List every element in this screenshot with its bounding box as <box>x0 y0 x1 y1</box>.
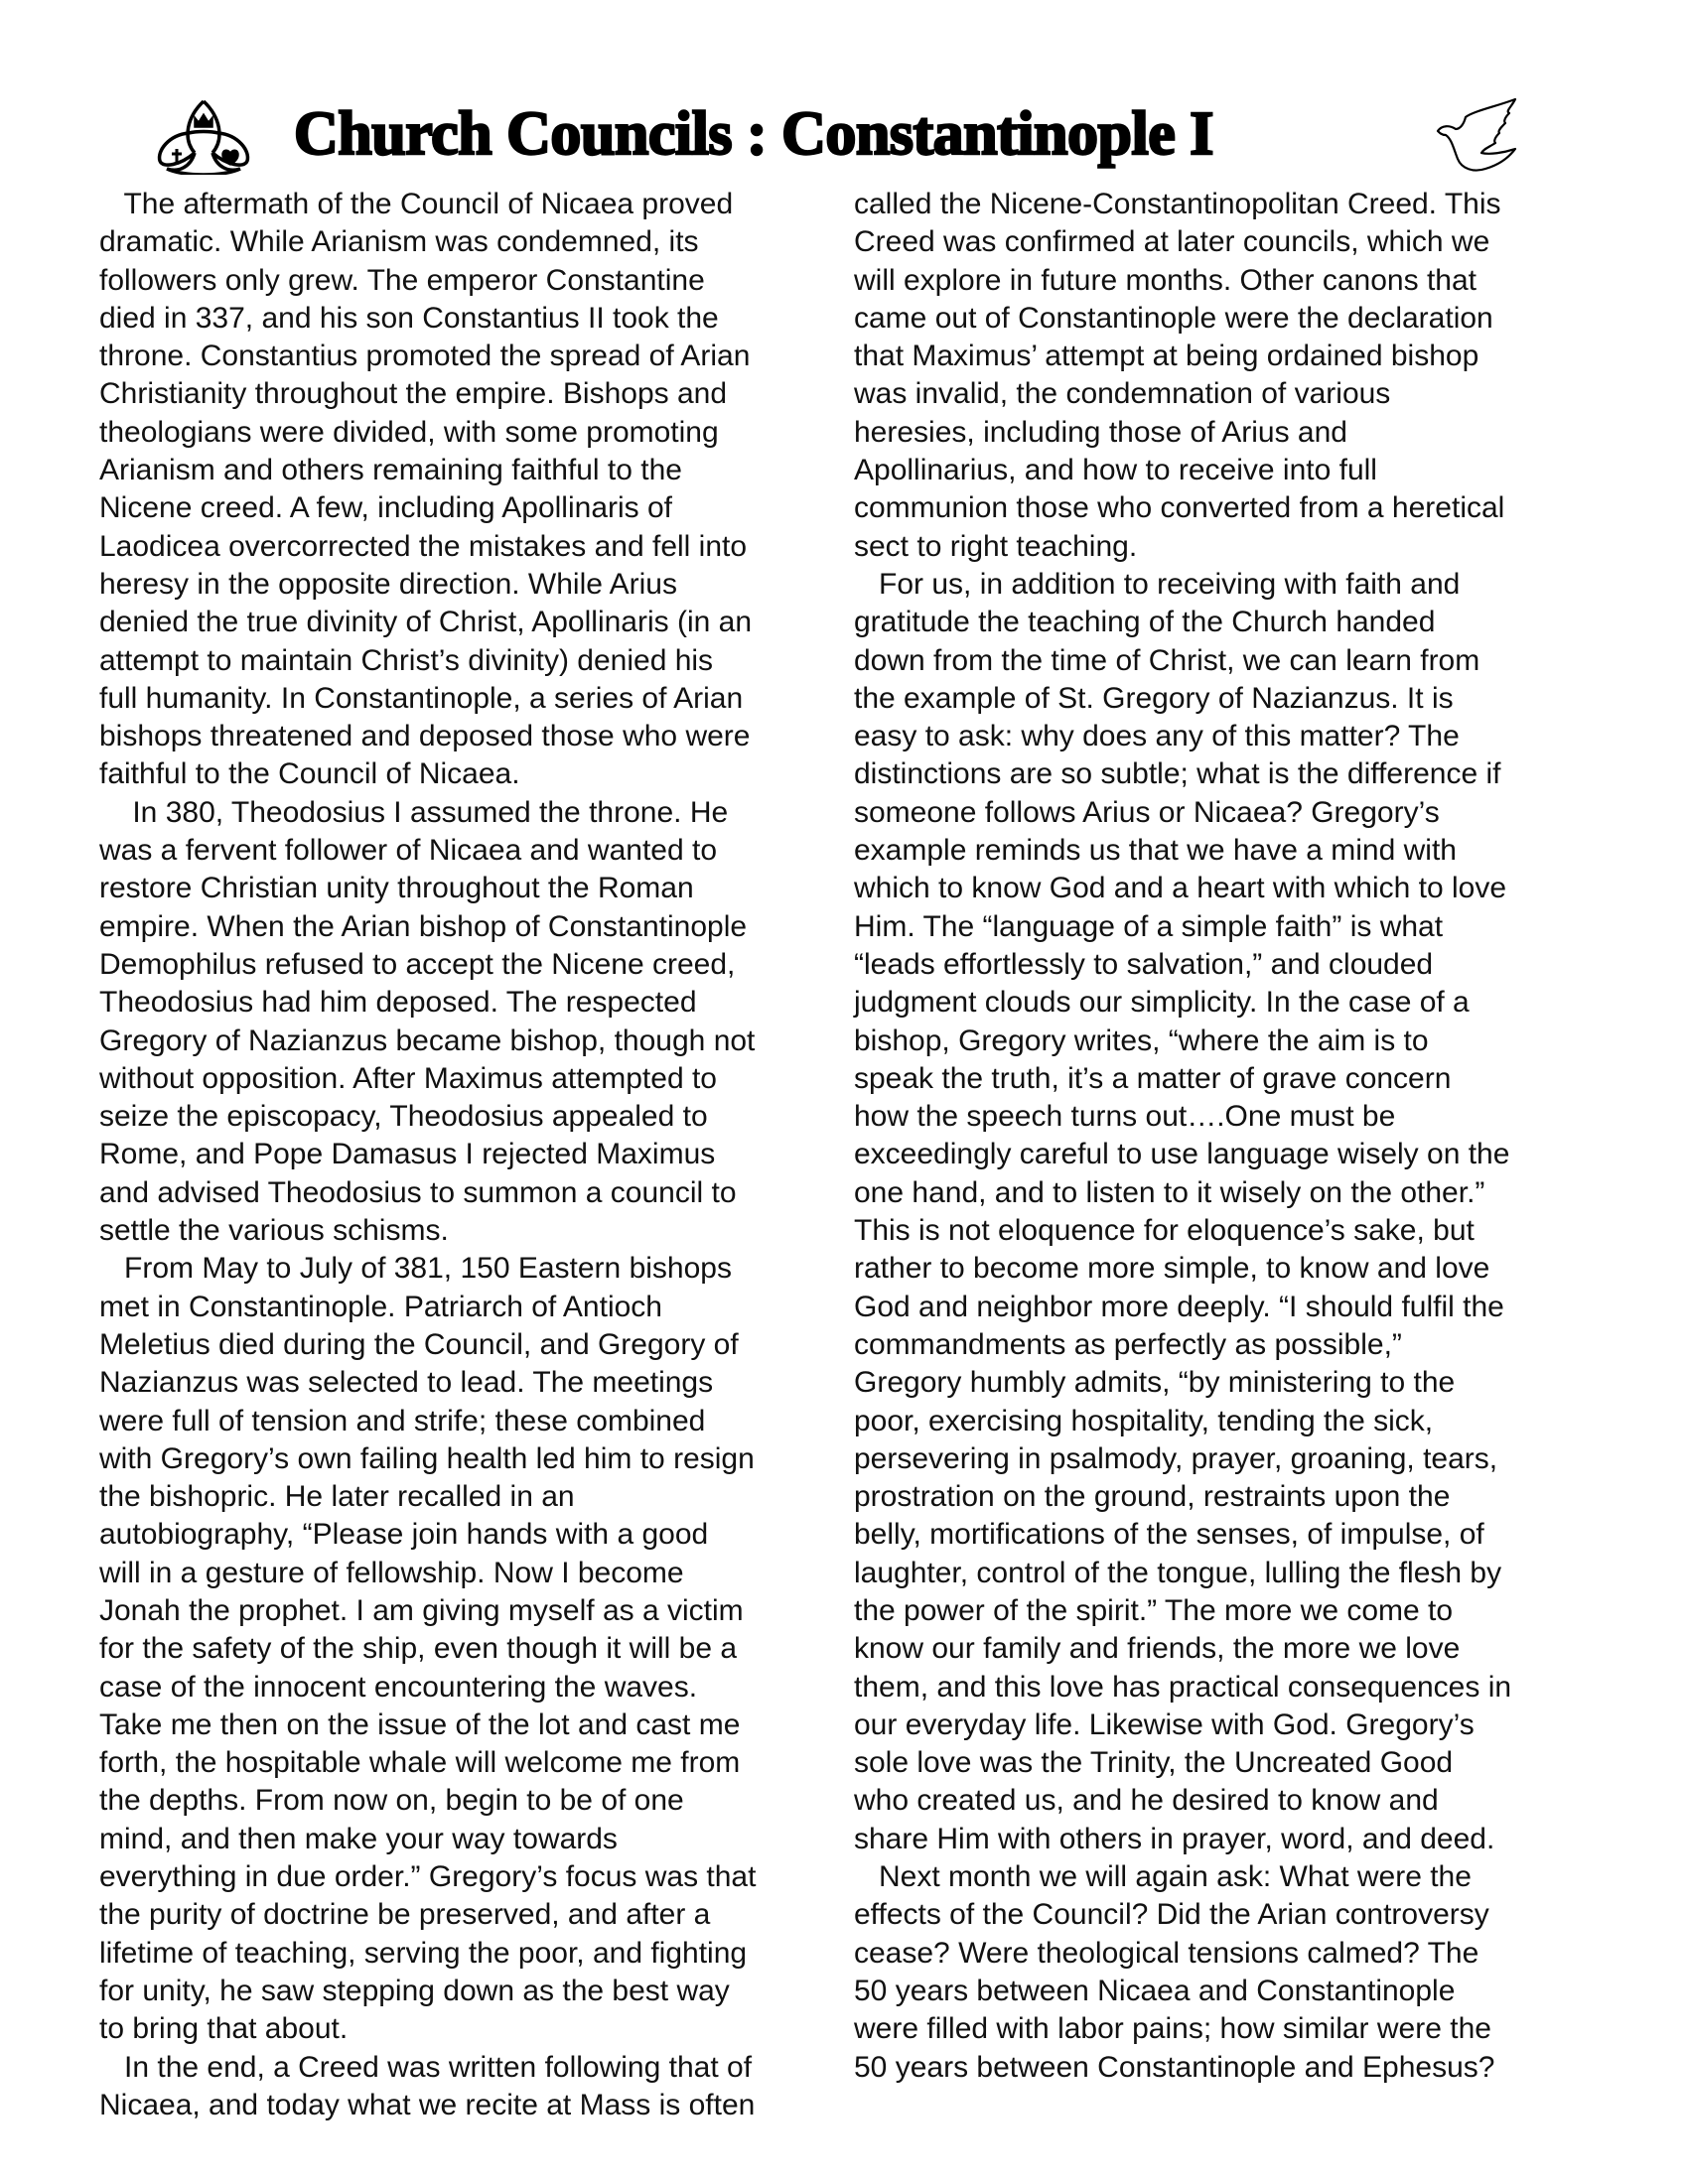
text-line: Take me then on the issue of the lot and… <box>99 1706 834 1744</box>
text-line: settle the various schisms. <box>99 1212 834 1250</box>
text-line: “leads effortlessly to salvation,” and c… <box>854 946 1589 984</box>
text-line: will explore in future months. Other can… <box>854 262 1589 300</box>
text-line: that Maximus’ attempt at being ordained … <box>854 338 1589 375</box>
text-line: for the safety of the ship, even though … <box>99 1630 834 1668</box>
text-line: know our family and friends, the more we… <box>854 1630 1589 1668</box>
text-line: sole love was the Trinity, the Uncreated… <box>854 1744 1589 1782</box>
text-line: full humanity. In Constantinople, a seri… <box>99 680 834 718</box>
text-line: everything in due order.” Gregory’s focu… <box>99 1858 834 1896</box>
text-line: met in Constantinople. Patriarch of Anti… <box>99 1289 834 1326</box>
text-line: restore Christian unity throughout the R… <box>99 870 834 907</box>
text-line: In the end, a Creed was written followin… <box>99 2049 834 2087</box>
text-line: the example of St. Gregory of Nazianzus.… <box>854 680 1589 718</box>
text-line: heresy in the opposite direction. While … <box>99 566 834 604</box>
text-line: gratitude the teaching of the Church han… <box>854 604 1589 641</box>
text-line: will in a gesture of fellowship. Now I b… <box>99 1555 834 1592</box>
text-line: was invalid, the condemnation of various <box>854 375 1589 413</box>
text-line: 50 years between Constantinople and Ephe… <box>854 2049 1589 2087</box>
text-line: the bishopric. He later recalled in an <box>99 1478 834 1516</box>
text-line: were full of tension and strife; these c… <box>99 1403 834 1440</box>
text-line: share Him with others in prayer, word, a… <box>854 1821 1589 1858</box>
text-line: denied the true divinity of Christ, Apol… <box>99 604 834 641</box>
page-title: Church Councils : Constantinople I <box>294 91 1396 177</box>
text-line: Apollinarius, and how to receive into fu… <box>854 452 1589 489</box>
text-line: dramatic. While Arianism was condemned, … <box>99 223 834 261</box>
text-line: Arianism and others remaining faithful t… <box>99 452 834 489</box>
text-line: This is not eloquence for eloquence’s sa… <box>854 1212 1589 1250</box>
text-line: persevering in psalmody, prayer, groanin… <box>854 1440 1589 1478</box>
text-line: example reminds us that we have a mind w… <box>854 832 1589 870</box>
text-line: was a fervent follower of Nicaea and wan… <box>99 832 834 870</box>
text-line: Nicaea, and today what we recite at Mass… <box>99 2087 834 2124</box>
text-line: For us, in addition to receiving with fa… <box>854 566 1589 604</box>
text-line: bishop, Gregory writes, “where the aim i… <box>854 1023 1589 1060</box>
text-line: Him. The “language of a simple faith” is… <box>854 908 1589 946</box>
text-line: prostration on the ground, restraints up… <box>854 1478 1589 1516</box>
text-line: died in 337, and his son Constantius II … <box>99 300 834 338</box>
text-line: rather to become more simple, to know an… <box>854 1250 1589 1288</box>
text-line: down from the time of Christ, we can lea… <box>854 642 1589 680</box>
text-line: effects of the Council? Did the Arian co… <box>854 1896 1589 1934</box>
text-line: to bring that about. <box>99 2010 834 2048</box>
text-line: for unity, he saw stepping down as the b… <box>99 1973 834 2010</box>
dove-icon <box>1434 95 1525 175</box>
text-line: called the Nicene-Constantinopolitan Cre… <box>854 186 1589 223</box>
text-line: autobiography, “Please join hands with a… <box>99 1516 834 1554</box>
article-right-column: called the Nicene-Constantinopolitan Cre… <box>854 186 1589 2087</box>
text-line: Christianity throughout the empire. Bish… <box>99 375 834 413</box>
text-line: laughter, control of the tongue, lulling… <box>854 1555 1589 1592</box>
text-line: communion those who converted from a her… <box>854 489 1589 527</box>
text-line: Nazianzus was selected to lead. The meet… <box>99 1364 834 1402</box>
text-line: Gregory of Nazianzus became bishop, thou… <box>99 1023 834 1060</box>
text-line: how the speech turns out….One must be <box>854 1098 1589 1136</box>
text-line: theologians were divided, with some prom… <box>99 414 834 452</box>
text-line: Creed was confirmed at later councils, w… <box>854 223 1589 261</box>
text-line: distinctions are so subtle; what is the … <box>854 755 1589 793</box>
text-line: cease? Were theological tensions calmed?… <box>854 1935 1589 1973</box>
text-line: seize the episcopacy, Theodosius appeale… <box>99 1098 834 1136</box>
text-line: them, and this love has practical conseq… <box>854 1669 1589 1706</box>
text-line: lifetime of teaching, serving the poor, … <box>99 1935 834 1973</box>
text-line: came out of Constantinople were the decl… <box>854 300 1589 338</box>
text-line: followers only grew. The emperor Constan… <box>99 262 834 300</box>
text-line: judgment clouds our simplicity. In the c… <box>854 984 1589 1022</box>
text-line: without opposition. After Maximus attemp… <box>99 1060 834 1098</box>
text-line: the depths. From now on, begin to be of … <box>99 1782 834 1820</box>
text-line: bishops threatened and deposed those who… <box>99 718 834 755</box>
trinity-knot-icon <box>157 97 250 175</box>
text-line: easy to ask: why does any of this matter… <box>854 718 1589 755</box>
text-line: our everyday life. Likewise with God. Gr… <box>854 1706 1589 1744</box>
text-line: Rome, and Pope Damasus I rejected Maximu… <box>99 1136 834 1173</box>
text-line: God and neighbor more deeply. “I should … <box>854 1289 1589 1326</box>
article-left-column: The aftermath of the Council of Nicaea p… <box>99 186 834 2124</box>
text-line: Next month we will again ask: What were … <box>854 1858 1589 1896</box>
text-line: which to know God and a heart with which… <box>854 870 1589 907</box>
text-line: Meletius died during the Council, and Gr… <box>99 1326 834 1364</box>
text-line: one hand, and to listen to it wisely on … <box>854 1174 1589 1212</box>
text-line: The aftermath of the Council of Nicaea p… <box>99 186 834 223</box>
text-line: speak the truth, it’s a matter of grave … <box>854 1060 1589 1098</box>
text-line: were filled with labor pains; how simila… <box>854 2010 1589 2048</box>
text-line: poor, exercising hospitality, tending th… <box>854 1403 1589 1440</box>
text-line: heresies, including those of Arius and <box>854 414 1589 452</box>
text-line: faithful to the Council of Nicaea. <box>99 755 834 793</box>
text-line: mind, and then make your way towards <box>99 1821 834 1858</box>
text-line: In 380, Theodosius I assumed the throne.… <box>99 794 834 832</box>
text-line: Jonah the prophet. I am giving myself as… <box>99 1592 834 1630</box>
text-line: belly, mortifications of the senses, of … <box>854 1516 1589 1554</box>
text-line: and advised Theodosius to summon a counc… <box>99 1174 834 1212</box>
text-line: Demophilus refused to accept the Nicene … <box>99 946 834 984</box>
text-line: Gregory humbly admits, “by ministering t… <box>854 1364 1589 1402</box>
text-line: who created us, and he desired to know a… <box>854 1782 1589 1820</box>
text-line: sect to right teaching. <box>854 528 1589 566</box>
text-line: the power of the spirit.” The more we co… <box>854 1592 1589 1630</box>
text-line: someone follows Arius or Nicaea? Gregory… <box>854 794 1589 832</box>
text-line: throne. Constantius promoted the spread … <box>99 338 834 375</box>
text-line: forth, the hospitable whale will welcome… <box>99 1744 834 1782</box>
text-line: Nicene creed. A few, including Apollinar… <box>99 489 834 527</box>
text-line: commandments as perfectly as possible,” <box>854 1326 1589 1364</box>
text-line: with Gregory’s own failing health led hi… <box>99 1440 834 1478</box>
text-line: attempt to maintain Christ’s divinity) d… <box>99 642 834 680</box>
text-line: From May to July of 381, 150 Eastern bis… <box>99 1250 834 1288</box>
text-line: exceedingly careful to use language wise… <box>854 1136 1589 1173</box>
text-line: empire. When the Arian bishop of Constan… <box>99 908 834 946</box>
text-line: Theodosius had him deposed. The respecte… <box>99 984 834 1022</box>
text-line: case of the innocent encountering the wa… <box>99 1669 834 1706</box>
text-line: the purity of doctrine be preserved, and… <box>99 1896 834 1934</box>
text-line: 50 years between Nicaea and Constantinop… <box>854 1973 1589 2010</box>
text-line: Laodicea overcorrected the mistakes and … <box>99 528 834 566</box>
